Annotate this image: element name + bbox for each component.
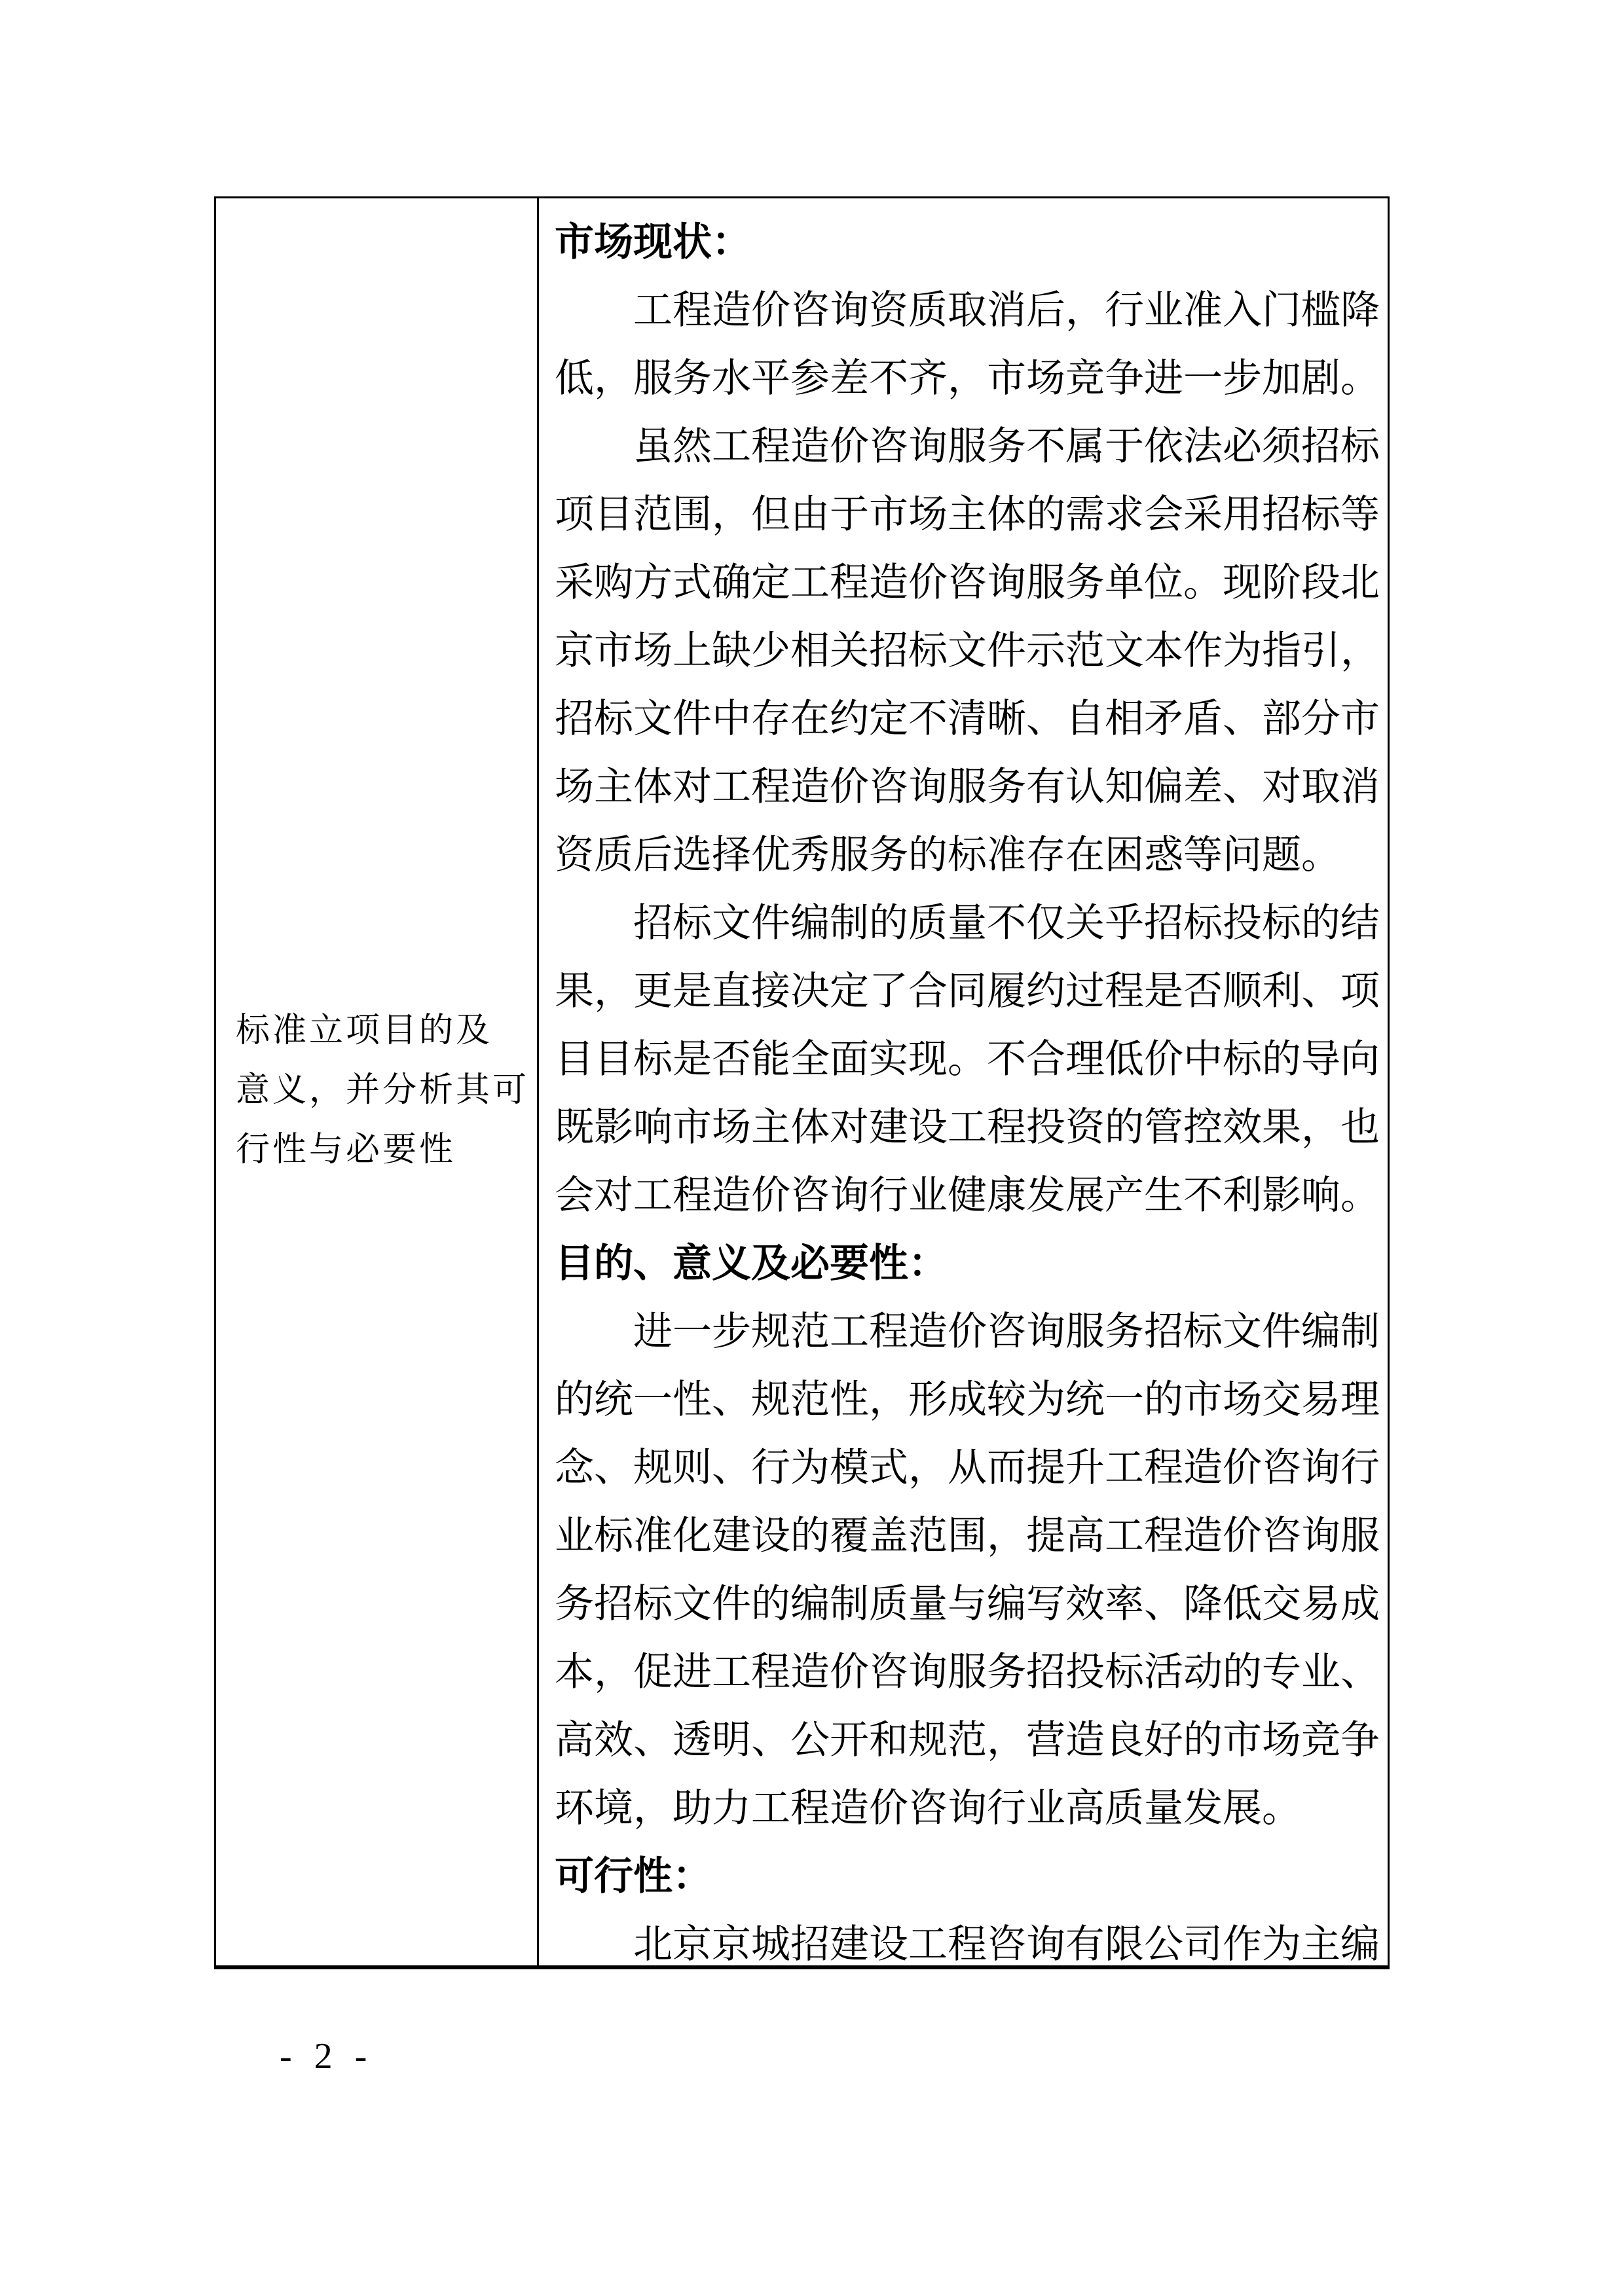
text-line: 工程造价咨询资质取消后，行业准入门槛降	[555, 276, 1388, 344]
text-line: 本，促进工程造价咨询服务招投标活动的专业、	[555, 1638, 1388, 1706]
section-heading-line: 市场现状：	[555, 208, 1388, 276]
text-line: 招标文件编制的质量不仅关乎招标投标的结	[555, 889, 1388, 957]
text-line: 招标文件中存在约定不清晰、自相矛盾、部分市	[555, 685, 1388, 753]
item-label-text: 标准立项目的及 意义，并分析其可 行性与必要性	[236, 1001, 529, 1180]
page-number: - 2 -	[280, 2035, 373, 2078]
approval-form-table: 标准立项目的及 意义，并分析其可 行性与必要性 市场现状：工程造价咨询资质取消后…	[214, 196, 1390, 1969]
text-line: 务招标文件的编制质量与编写效率、降低交易成	[555, 1570, 1388, 1638]
page-background: 标准立项目的及 意义，并分析其可 行性与必要性 市场现状：工程造价咨询资质取消后…	[0, 0, 1624, 2296]
text-line: 北京京城招建设工程咨询有限公司作为主编	[555, 1910, 1388, 1965]
table-cell-item-label: 标准立项目的及 意义，并分析其可 行性与必要性	[216, 198, 539, 1965]
text-line: 进一步规范工程造价咨询服务招标文件编制	[555, 1298, 1388, 1366]
text-line: 资质后选择优秀服务的标准存在困惑等问题。	[555, 821, 1388, 889]
text-line: 高效、透明、公开和规范，营造良好的市场竞争	[555, 1706, 1388, 1774]
text-line: 会对工程造价咨询行业健康发展产生不利影响。	[555, 1161, 1388, 1230]
text-line: 项目范围，但由于市场主体的需求会采用招标等	[555, 481, 1388, 549]
text-line: 既影响市场主体对建设工程投资的管控效果，也	[555, 1093, 1388, 1161]
text-line: 场主体对工程造价咨询服务有认知偏差、对取消	[555, 753, 1388, 821]
text-line: 业标准化建设的覆盖范围，提高工程造价咨询服	[555, 1502, 1388, 1570]
text-line: 环境，助力工程造价咨询行业高质量发展。	[555, 1774, 1388, 1842]
text-line: 意义，并分析其可	[236, 1061, 529, 1120]
text-line: 低，服务水平参差不齐，市场竞争进一步加剧。	[555, 344, 1388, 412]
text-line: 果，更是直接决定了合同履约过程是否顺利、项	[555, 957, 1388, 1025]
text-line: 京市场上缺少相关招标文件示范文本作为指引，	[555, 617, 1388, 685]
text-line: 的统一性、规范性，形成较为统一的市场交易理	[555, 1366, 1388, 1434]
text-line: 采购方式确定工程造价咨询服务单位。现阶段北	[555, 549, 1388, 617]
document-page: { "colors": { "background": "#ffffff", "…	[0, 0, 1624, 2296]
text-line: 虽然工程造价咨询服务不属于依法必须招标	[555, 412, 1388, 481]
table-cell-item-content: 市场现状：工程造价咨询资质取消后，行业准入门槛降低，服务水平参差不齐，市场竞争进…	[539, 198, 1388, 1965]
section-heading-line: 可行性：	[555, 1842, 1388, 1910]
text-line: 标准立项目的及	[236, 1001, 529, 1061]
right-cell-lines: 市场现状：工程造价咨询资质取消后，行业准入门槛降低，服务水平参差不齐，市场竞争进…	[555, 208, 1388, 1965]
text-line: 念、规则、行为模式，从而提升工程造价咨询行	[555, 1434, 1388, 1502]
section-heading-line: 目的、意义及必要性：	[555, 1230, 1388, 1298]
text-line: 行性与必要性	[236, 1120, 529, 1180]
text-line: 目目标是否能全面实现。不合理低价中标的导向	[555, 1025, 1388, 1093]
